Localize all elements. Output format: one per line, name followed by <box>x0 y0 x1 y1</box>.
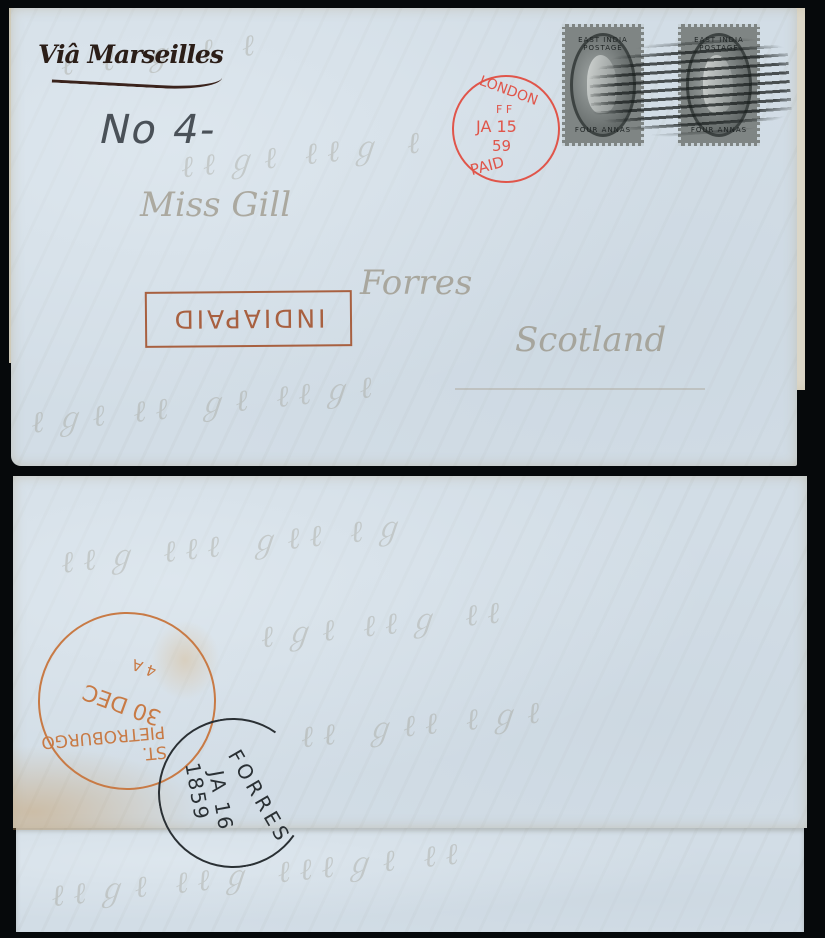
india-paid-handstamp: INDIAPAID <box>145 290 352 348</box>
routing-manuscript: Viâ Marseilles <box>38 40 223 69</box>
address-underline <box>455 388 705 390</box>
india-paid-text: INDIAPAID <box>171 304 325 334</box>
london-datestamp-date: JA 15 <box>476 117 517 136</box>
transit-datestamp-date: 30 DEC <box>80 678 165 729</box>
forres-datestamp-year: 1859 <box>180 761 214 823</box>
london-paid-datestamp: LONDON F F JA 15 59 PAID <box>452 75 560 183</box>
transit-datestamp-bottom: 4 A <box>129 655 158 680</box>
barred-cancel <box>587 33 793 142</box>
address-line-name: Miss Gill <box>140 185 291 225</box>
london-datestamp-year: 59 <box>492 137 511 155</box>
london-datestamp-bottom: PAID <box>468 153 506 179</box>
forres-datestamp-town: FORRES <box>223 745 296 847</box>
london-datestamp-code: F F <box>496 103 512 116</box>
docket-number: No 4- <box>95 107 222 153</box>
address-line-town: Forres <box>360 263 472 303</box>
address-line-country: Scotland <box>515 320 666 360</box>
transit-datestamp-top: ST. PIETROBURGO <box>21 721 168 773</box>
